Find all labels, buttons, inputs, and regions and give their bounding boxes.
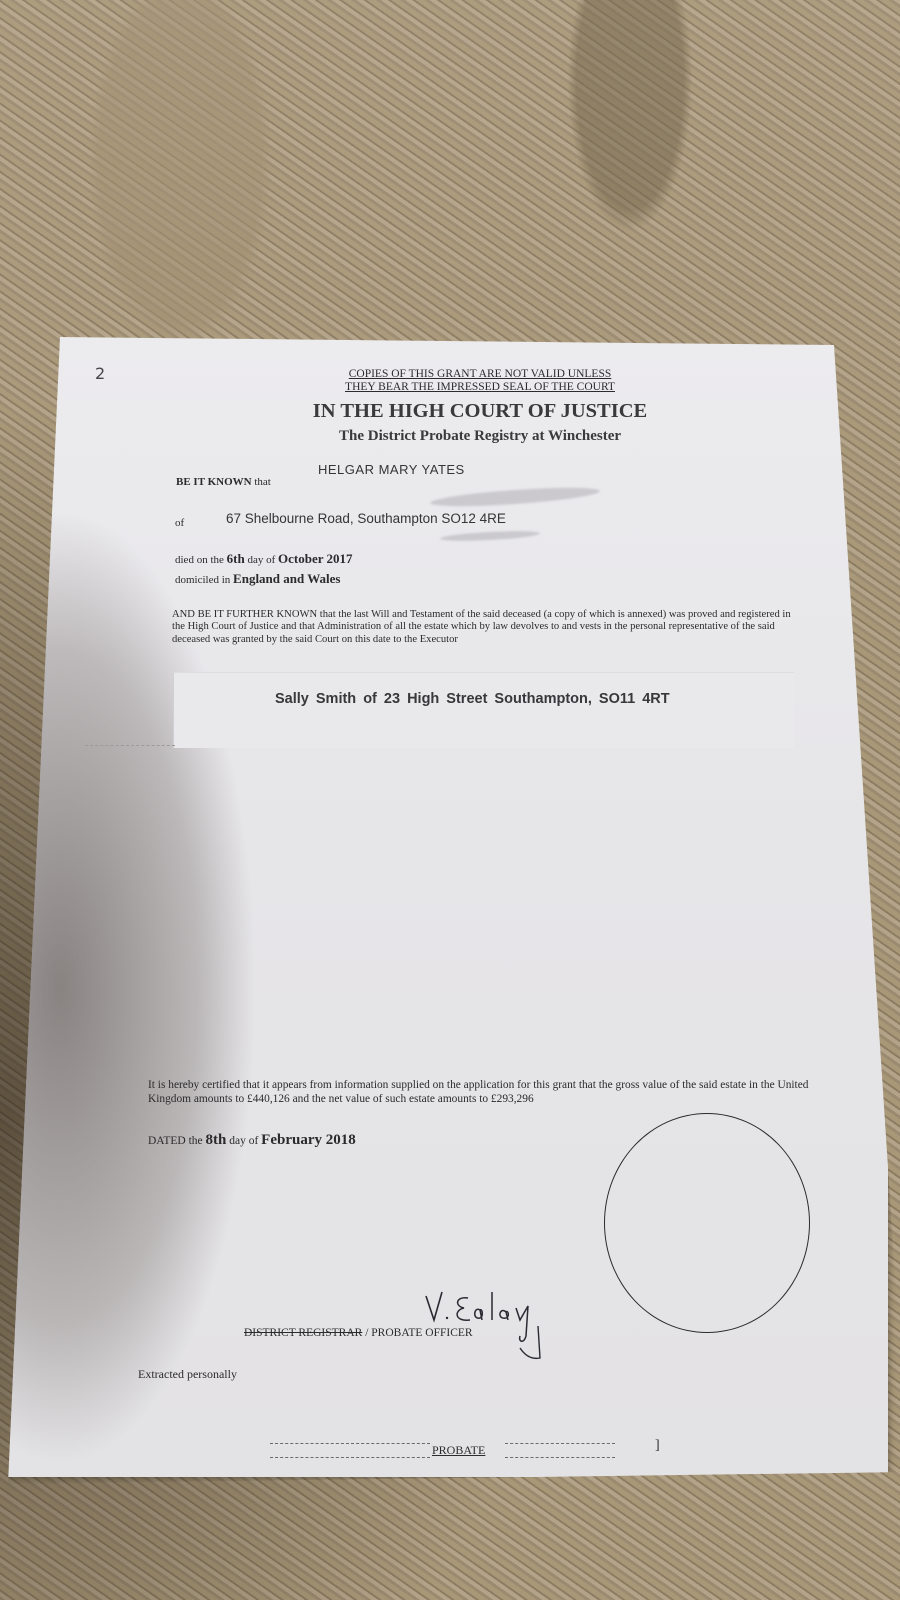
further-known-paragraph: AND BE IT FURTHER KNOWN that the last Wi… [172, 609, 792, 646]
domiciled-place: England and Wales [233, 571, 340, 586]
registrar-role: / PROBATE OFFICER [362, 1327, 472, 1339]
court-seal-circle [604, 1113, 810, 1333]
be-it-known-suffix: that [254, 476, 271, 488]
validity-notice-line-1: COPIES OF THIS GRANT ARE NOT VALID UNLES… [280, 368, 680, 381]
died-month-year: October 2017 [278, 551, 353, 566]
estate-value-certification: It is hereby certified that it appears f… [148, 1078, 828, 1106]
dated-mid: day of [229, 1135, 258, 1147]
further-known-label: AND BE IT FURTHER KNOWN [172, 609, 317, 620]
executor-paste-strip [173, 672, 794, 748]
executor-details: Sally Smith of 23 High Street Southampto… [275, 691, 670, 707]
footer-bracket: ] [655, 1438, 660, 1454]
deceased-name: HELGAR MARY YATES [318, 462, 465, 477]
footer-dash-bottom-right [505, 1457, 615, 1458]
court-title: IN THE HIGH COURT OF JUSTICE [240, 400, 720, 423]
extracted-personally: Extracted personally [138, 1367, 237, 1382]
of-label: of [175, 517, 184, 529]
dated-day: 8th [206, 1132, 227, 1148]
died-day: 6th [227, 551, 245, 566]
died-prefix: died on the [175, 554, 224, 566]
grant-date: DATED the 8th day of February 2018 [148, 1132, 356, 1149]
dotted-line [85, 745, 175, 746]
dated-prefix: DATED the [148, 1135, 203, 1147]
registrar-title: DISTRICT REGISTRAR / PROBATE OFFICER [244, 1327, 473, 1339]
domicile: domiciled in England and Wales [175, 571, 340, 587]
date-of-death: died on the 6th day of October 2017 [175, 551, 353, 567]
be-it-known-bold: BE IT KNOWN [176, 476, 252, 488]
registry-name: The District Probate Registry at Winches… [240, 428, 720, 445]
validity-notice: COPIES OF THIS GRANT ARE NOT VALID UNLES… [280, 368, 680, 394]
probate-footer-label: PROBATE [432, 1443, 485, 1458]
be-it-known-label: BE IT KNOWN that [176, 476, 271, 488]
dated-month-year: February 2018 [261, 1132, 356, 1148]
handwritten-page-number: 2 [95, 364, 105, 383]
registrar-struck: DISTRICT REGISTRAR [244, 1327, 362, 1339]
footer-dash-bottom-left [270, 1457, 430, 1458]
died-mid: day of [247, 554, 275, 566]
footer-dash-top-left [270, 1443, 430, 1444]
deceased-address: 67 Shelbourne Road, Southampton SO12 4RE [226, 511, 506, 526]
registrar-signature [420, 1282, 560, 1362]
footer-dash-top-right [505, 1443, 615, 1444]
validity-notice-line-2: THEY BEAR THE IMPRESSED SEAL OF THE COUR… [280, 381, 680, 394]
domiciled-prefix: domiciled in [175, 574, 230, 586]
